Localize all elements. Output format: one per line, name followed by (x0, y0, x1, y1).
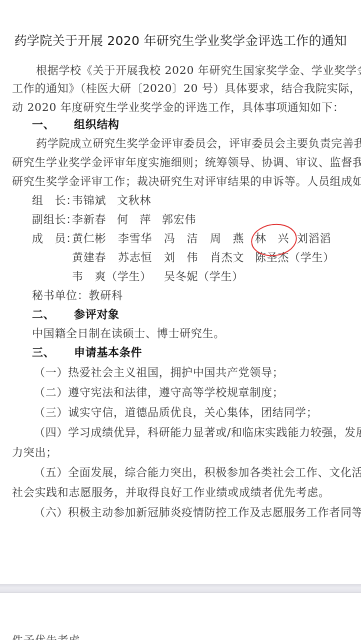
leader-name: 文秋林 (117, 192, 151, 208)
section-2-heading: 二、参评对象 (32, 306, 119, 322)
section-1-number: 一、 (32, 116, 74, 132)
condition-6: （六）积极主动参加新冠肺炎疫情防控工作及志愿服务工作者同等条 (34, 504, 361, 520)
next-page-partial-text: 件予优先考虑 (12, 632, 80, 640)
leader-row: 组 长：韦锦斌文秋林 (32, 192, 151, 208)
section-2-number: 二、 (32, 306, 74, 322)
section-1-line-3: 研究生奖学金评审工作；裁决研究生对评审结果的申诉等。人员组成如下： (12, 173, 361, 189)
members-label: 成 员： (32, 230, 72, 246)
condition-5-cont: 社会实践和志愿服务，并取得良好工作业绩或成绩者优先考虑。 (12, 484, 330, 500)
section-3-number: 三、 (32, 344, 74, 360)
condition-1: （一）热爱社会主义祖国，拥护中国共产党领导； (34, 364, 284, 380)
member-name: 冯 洁 (164, 230, 210, 246)
section-3-heading: 三、申请基本条件 (32, 344, 142, 360)
member-name: 周 燕 (210, 230, 255, 246)
member-name: 吴冬妮（学生） (164, 268, 243, 284)
leader-name: 韦锦斌 (72, 192, 117, 208)
deputy-label: 副组长： (32, 211, 72, 227)
document-title: 药学院关于开展 2020 年研究生学业奖学金评选工作的通知 (0, 30, 361, 49)
leader-label: 组 长： (32, 192, 72, 208)
member-name: 苏志恒 (118, 249, 164, 265)
member-name: 李雪华 (118, 230, 164, 246)
condition-4: （四）学习成绩优异，科研能力显著或/和临床实践能力较强，发展潜 (34, 424, 361, 440)
deputy-name: 李新春 (72, 211, 117, 227)
member-name: 刘 伟 (164, 249, 210, 265)
section-1-line-1: 药学院成立研究生奖学金评审委员会，评审委员会主要负责完善我院 (36, 135, 361, 151)
section-3-title: 申请基本条件 (74, 346, 142, 359)
condition-5: （五）全面发展，综合能力突出，积极参加各类社会工作、文化活动、 (34, 464, 361, 480)
condition-2: （二）遵守宪法和法律，遵守高等学校规章制度； (34, 384, 284, 400)
member-name: 刘滔滔 (297, 230, 331, 246)
members-row-3: 韦 爽（学生）吴冬妮（学生） (72, 268, 243, 284)
section-1-heading: 一、组织结构 (32, 116, 119, 132)
deputy-name: 何 萍 (117, 211, 162, 227)
page-break-divider (0, 584, 361, 593)
members-row-2: 黄建春苏志恒刘 伟肖杰文陈圣杰（学生） (72, 249, 334, 265)
condition-3: （三）诚实守信，道德品质优良，关心集体，团结同学； (34, 404, 318, 420)
section-2-title: 参评对象 (74, 308, 119, 321)
condition-4-cont: 力突出； (12, 444, 57, 460)
member-name: 韦 爽（学生） (72, 268, 164, 284)
deputy-name: 郭宏伟 (162, 211, 196, 227)
member-name: 黄仁彬 (72, 230, 118, 246)
intro-line-2: 工作的通知》（桂医大研〔2020〕20 号）具体要求，结合我院实际，现启 (12, 80, 361, 96)
member-name: 黄建春 (72, 249, 118, 265)
intro-line-1: 根据学校《关于开展我校 2020 年研究生国家奖学金、学业奖学金评审 (36, 62, 361, 78)
section-1-line-2: 研究生学业奖学金评审年度实施细则；统筹领导、协调、审议、监督我院 (12, 154, 361, 170)
member-name: 肖杰文 (210, 249, 255, 265)
secretariat: 秘书单位：教研科 (32, 287, 123, 303)
section-1-title: 组织结构 (74, 118, 119, 131)
intro-line-3: 动 2020 年度研究生学业奖学金的评选工作，具体事项通知如下： (12, 99, 344, 115)
deputy-row: 副组长：李新春何 萍郭宏伟 (32, 211, 196, 227)
section-2-line-1: 中国籍全日制在读硕士、博士研究生。 (32, 325, 225, 341)
